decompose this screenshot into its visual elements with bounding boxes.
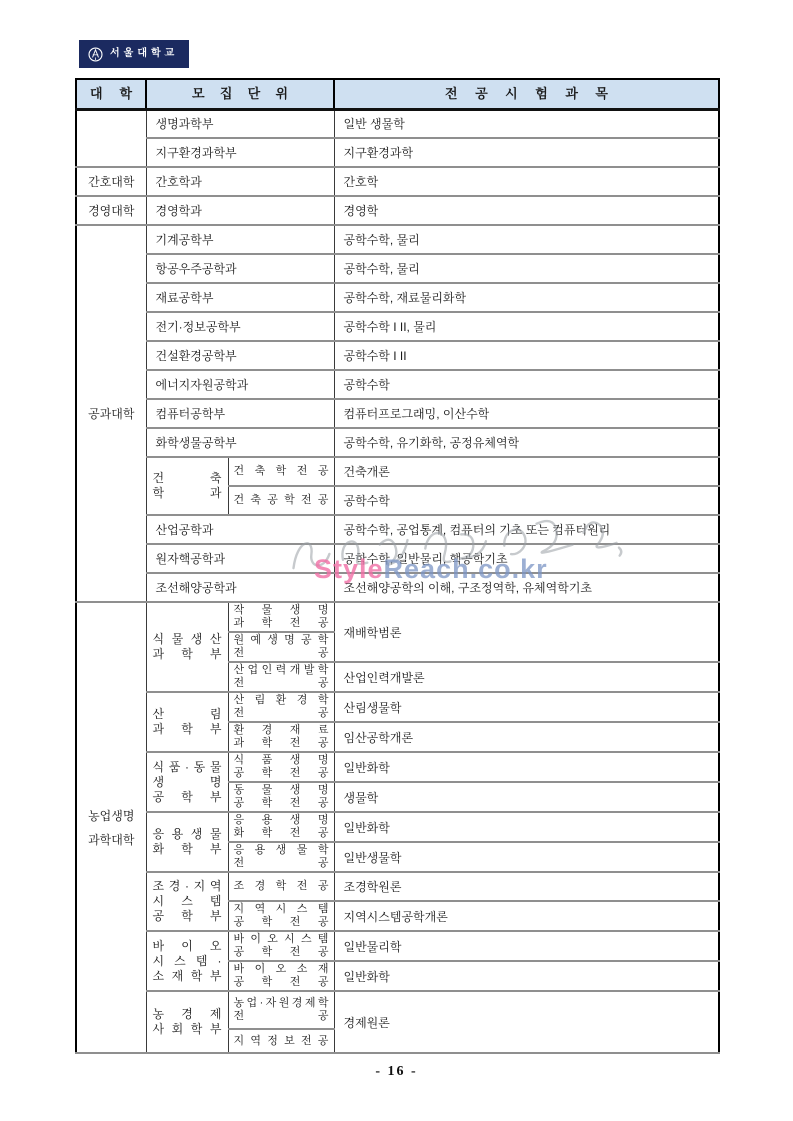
table-row: 항공우주공학과 공학수학, 물리 bbox=[76, 254, 719, 283]
subject-cell: 일반화학 bbox=[334, 812, 719, 842]
header-unit: 모집단위 bbox=[146, 79, 334, 109]
major-cell: 건축공학전공 bbox=[228, 486, 334, 515]
college-cell bbox=[76, 109, 146, 167]
subject-cell: 공학수학, 재료물리화학 bbox=[334, 283, 719, 312]
subject-cell: 공학수학 I II, 물리 bbox=[334, 312, 719, 341]
table-row: 산림과학부 산림환경학전공 산림생물학 bbox=[76, 692, 719, 722]
header-college: 대학 bbox=[76, 79, 146, 109]
unit-cell: 조선해양공학과 bbox=[146, 573, 334, 602]
unit-cell: 생명과학부 bbox=[146, 109, 334, 138]
table-row: 재료공학부 공학수학, 재료물리화학 bbox=[76, 283, 719, 312]
document-page: { "logo": { "university_name": "서울대학교" }… bbox=[0, 0, 793, 1121]
subject-cell: 공학수학 bbox=[334, 370, 719, 399]
table-row: 건설환경공학부 공학수학 I II bbox=[76, 341, 719, 370]
subject-cell: 임산공학개론 bbox=[334, 722, 719, 752]
subject-cell: 공학수학, 물리 bbox=[334, 254, 719, 283]
subject-cell: 일반화학 bbox=[334, 752, 719, 782]
major-cell: 산업인력개발학전공 bbox=[228, 662, 334, 692]
major-cell: 응용생물학전공 bbox=[228, 842, 334, 872]
subject-cell: 지구환경과학 bbox=[334, 138, 719, 167]
table-row: 원자핵공학과 공학수학, 일반물리, 핵공학기초 bbox=[76, 544, 719, 573]
college-cell: 공과대학 bbox=[76, 225, 146, 602]
table-row: 간호대학 간호학과 간호학 bbox=[76, 167, 719, 196]
subject-cell: 지역시스템공학개론 bbox=[334, 901, 719, 931]
table-row: 바이오시스템·소재학부 바이오시스템공학전공 일반물리학 bbox=[76, 931, 719, 961]
table-row: 농업생명 과학대학 식물생산과학부 작물생명과학전공 재배학범론 bbox=[76, 602, 719, 632]
subject-cell: 경영학 bbox=[334, 196, 719, 225]
major-cell: 응용생명화학전공 bbox=[228, 812, 334, 842]
unit-cell: 기계공학부 bbox=[146, 225, 334, 254]
subject-cell: 조선해양공학의 이해, 구조정역학, 유체역학기초 bbox=[334, 573, 719, 602]
subject-cell: 일반 생물학 bbox=[334, 109, 719, 138]
unit-cell: 원자핵공학과 bbox=[146, 544, 334, 573]
table-row: 전기·정보공학부 공학수학 I II, 물리 bbox=[76, 312, 719, 341]
college-cell: 경영대학 bbox=[76, 196, 146, 225]
subject-cell: 일반물리학 bbox=[334, 931, 719, 961]
table-row: 공과대학 기계공학부 공학수학, 물리 bbox=[76, 225, 719, 254]
subject-cell: 조경학원론 bbox=[334, 872, 719, 901]
subject-cell: 생물학 bbox=[334, 782, 719, 812]
major-cell: 산림환경학전공 bbox=[228, 692, 334, 722]
unit-group-cell: 조경·지역시스템공학부 bbox=[146, 872, 228, 931]
subject-cell: 공학수학, 물리 bbox=[334, 225, 719, 254]
unit-cell: 화학생물공학부 bbox=[146, 428, 334, 457]
table-row: 조경·지역시스템공학부 조경학전공 조경학원론 bbox=[76, 872, 719, 901]
unit-cell: 컴퓨터공학부 bbox=[146, 399, 334, 428]
table-row: 경영대학 경영학과 경영학 bbox=[76, 196, 719, 225]
unit-cell: 에너지자원공학과 bbox=[146, 370, 334, 399]
subject-cell: 산림생물학 bbox=[334, 692, 719, 722]
subject-cell: 공학수학 I II bbox=[334, 341, 719, 370]
table-row: 응용생물화학부 응용생명화학전공 일반화학 bbox=[76, 812, 719, 842]
major-cell: 지역시스템공학전공 bbox=[228, 901, 334, 931]
table-row: 에너지자원공학과 공학수학 bbox=[76, 370, 719, 399]
major-cell: 지역정보전공 bbox=[228, 1029, 334, 1053]
college-cell: 농업생명 과학대학 bbox=[76, 602, 146, 1053]
major-cell: 바이오시스템공학전공 bbox=[228, 931, 334, 961]
unit-cell: 경영학과 bbox=[146, 196, 334, 225]
table-row: 지구환경과학부 지구환경과학 bbox=[76, 138, 719, 167]
page-number: - 16 - bbox=[0, 1064, 793, 1080]
major-cell: 농업·자원경제학전공 bbox=[228, 991, 334, 1029]
major-cell: 조경학전공 bbox=[228, 872, 334, 901]
major-cell: 바이오소재공학전공 bbox=[228, 961, 334, 991]
subject-cell: 간호학 bbox=[334, 167, 719, 196]
major-cell: 동물생명공학전공 bbox=[228, 782, 334, 812]
table-row: 화학생물공학부 공학수학, 유기화학, 공정유체역학 bbox=[76, 428, 719, 457]
table-row: 컴퓨터공학부 컴퓨터프로그래밍, 이산수학 bbox=[76, 399, 719, 428]
university-emblem-icon bbox=[87, 46, 104, 63]
unit-group-cell: 식품·동물생명공학부 bbox=[146, 752, 228, 812]
subject-cell: 경제원론 bbox=[334, 991, 719, 1053]
table-row: 조선해양공학과 조선해양공학의 이해, 구조정역학, 유체역학기초 bbox=[76, 573, 719, 602]
subject-cell: 공학수학, 공업통계, 컴퓨터의 기초 또는 컴퓨터원리 bbox=[334, 515, 719, 544]
unit-group-cell: 산림과학부 bbox=[146, 692, 228, 752]
unit-cell: 건설환경공학부 bbox=[146, 341, 334, 370]
header-subjects: 전공시험과목 bbox=[334, 79, 719, 109]
unit-group-cell: 응용생물화학부 bbox=[146, 812, 228, 872]
unit-group-cell: 식물생산과학부 bbox=[146, 602, 228, 692]
subject-cell: 컴퓨터프로그래밍, 이산수학 bbox=[334, 399, 719, 428]
major-cell: 작물생명과학전공 bbox=[228, 602, 334, 632]
subject-cell: 일반화학 bbox=[334, 961, 719, 991]
subject-cell: 산업인력개발론 bbox=[334, 662, 719, 692]
unit-cell: 재료공학부 bbox=[146, 283, 334, 312]
table-row: 식품·동물생명공학부 식품생명공학전공 일반화학 bbox=[76, 752, 719, 782]
unit-group-cell: 건축학과 bbox=[146, 457, 228, 515]
university-name: 서울대학교 bbox=[110, 49, 178, 59]
table-row: 건축학과 건축학전공 건축개론 bbox=[76, 457, 719, 486]
subject-cell: 일반생물학 bbox=[334, 842, 719, 872]
unit-cell: 항공우주공학과 bbox=[146, 254, 334, 283]
exam-subjects-table: 대학 모집단위 전공시험과목 생명과학부 일반 생물학 지구환경과학부 지구환경… bbox=[75, 78, 720, 1054]
unit-cell: 산업공학과 bbox=[146, 515, 334, 544]
major-cell: 원예생명공학전공 bbox=[228, 632, 334, 662]
table-row: 생명과학부 일반 생물학 bbox=[76, 109, 719, 138]
subject-cell: 공학수학, 유기화학, 공정유체역학 bbox=[334, 428, 719, 457]
major-cell: 환경재료과학전공 bbox=[228, 722, 334, 752]
unit-group-cell: 바이오시스템·소재학부 bbox=[146, 931, 228, 991]
table-row: 산업공학과 공학수학, 공업통계, 컴퓨터의 기초 또는 컴퓨터원리 bbox=[76, 515, 719, 544]
table-header-row: 대학 모집단위 전공시험과목 bbox=[76, 79, 719, 109]
unit-cell: 지구환경과학부 bbox=[146, 138, 334, 167]
unit-group-cell: 농경제사회학부 bbox=[146, 991, 228, 1053]
subject-cell: 건축개론 bbox=[334, 457, 719, 486]
subject-cell: 재배학범론 bbox=[334, 602, 719, 662]
unit-cell: 전기·정보공학부 bbox=[146, 312, 334, 341]
subject-cell: 공학수학 bbox=[334, 486, 719, 515]
major-cell: 식품생명공학전공 bbox=[228, 752, 334, 782]
subject-cell: 공학수학, 일반물리, 핵공학기초 bbox=[334, 544, 719, 573]
major-cell: 건축학전공 bbox=[228, 457, 334, 486]
college-cell: 간호대학 bbox=[76, 167, 146, 196]
university-logo: 서울대학교 bbox=[79, 40, 189, 68]
table-row: 농경제사회학부 농업·자원경제학전공 경제원론 bbox=[76, 991, 719, 1029]
unit-cell: 간호학과 bbox=[146, 167, 334, 196]
